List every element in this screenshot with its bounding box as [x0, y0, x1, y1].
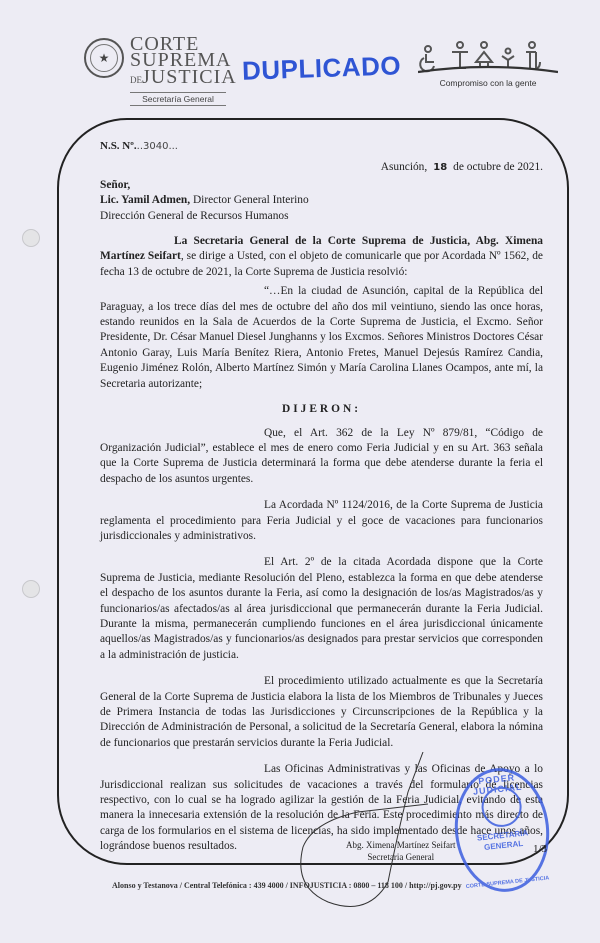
recipient-block: Señor, Lic. Yamil Admen, Director Genera… — [100, 178, 543, 224]
body-paragraph: El Art. 2º de la citada Acordada dispone… — [100, 555, 543, 663]
slogan-logo: Compromiso con la gente — [418, 40, 558, 88]
salutation: Señor, — [100, 179, 130, 191]
official-stamp: PODER JUDICIAL SECRETARÍA GENERAL CORTE … — [449, 763, 555, 896]
recipient-title: Director General Interino — [193, 194, 309, 206]
body-paragraph: Que, el Art. 362 de la Ley Nº 879/81, “C… — [100, 426, 543, 488]
body-paragraph: La Acordada Nº 1124/2016, de la Corte Su… — [100, 498, 543, 544]
section-heading: DIJERON: — [100, 402, 543, 417]
page-number: 1/3 — [533, 843, 547, 855]
body-paragraph: El procedimiento utilizado actualmente e… — [100, 674, 543, 751]
quote-paragraph: “…En la ciudad de Asunción, capital de l… — [100, 284, 543, 392]
punch-hole — [22, 229, 40, 247]
national-seal-icon: ★ — [84, 38, 124, 78]
duplicate-stamp: DUPLICADO — [242, 50, 402, 87]
letter-date: Asunción,18de octubre de 2021. — [100, 160, 543, 175]
recipient-department: Dirección General de Recursos Humanos — [100, 210, 289, 222]
signature-block: Abg. Ximena Martínez Seifart Secretaria … — [346, 839, 455, 863]
court-logo: CORTE SUPREMA DEJUSTICIA Secretaría Gene… — [130, 36, 237, 106]
reference-number: N.S. Nº...3040... — [100, 139, 543, 154]
slogan-text: Compromiso con la gente — [418, 78, 558, 88]
recipient-name: Lic. Yamil Admen, — [100, 194, 190, 206]
people-icon — [418, 40, 558, 76]
footer-contact: Alonso y Testanova / Central Telefónica … — [112, 881, 532, 890]
punch-hole — [22, 580, 40, 598]
logo-line-3: DEJUSTICIA — [130, 68, 237, 89]
logo-subtitle: Secretaría General — [130, 92, 226, 106]
signer-title: Secretaria General — [346, 851, 455, 863]
letter-body: N.S. Nº...3040... Asunción,18de octubre … — [100, 139, 543, 855]
signer-name: Abg. Ximena Martínez Seifart — [346, 839, 455, 851]
intro-paragraph: La Secretaria General de la Corte Suprem… — [100, 234, 543, 280]
document-page: ★ CORTE SUPREMA DEJUSTICIA Secretaría Ge… — [0, 0, 600, 943]
